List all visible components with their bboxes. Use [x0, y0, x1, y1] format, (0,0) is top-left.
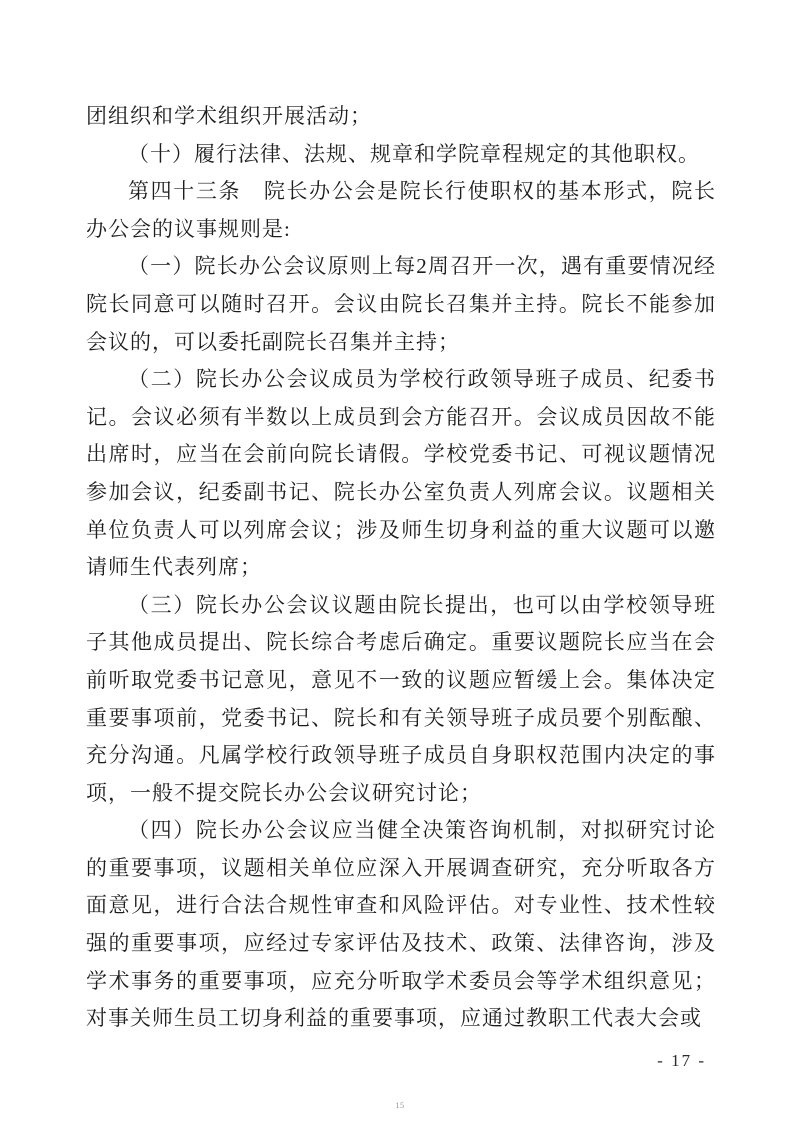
para-rule-2: （二）院长办公会议成员为学校行政领导班子成员、纪委书记。会议必须有半数以上成员到…	[86, 361, 716, 587]
footer-tiny-mark: 15	[0, 1101, 800, 1110]
page-number: - 17 -	[657, 1051, 706, 1071]
document-page: 团组织和学术组织开展活动； （十）履行法律、法规、规章和学院章程规定的其他职权。…	[0, 0, 800, 1131]
para-item-10: （十）履行法律、法规、规章和学院章程规定的其他职权。	[86, 136, 716, 174]
para-rule-4: （四）院长办公会议应当健全决策咨询机制，对拟研究讨论的重要事项，议题相关单位应深…	[86, 812, 716, 1038]
para-article-43: 第四十三条 院长办公会是院长行使职权的基本形式，院长办公会的议事规则是:	[86, 173, 716, 248]
para-rule-1: （一）院长办公会议原则上每2周召开一次，遇有重要情况经院长同意可以随时召开。会议…	[86, 248, 716, 361]
para-continuation: 团组织和学术组织开展活动；	[86, 98, 716, 136]
para-rule-3: （三）院长办公会议议题由院长提出，也可以由学校领导班子其他成员提出、院长综合考虑…	[86, 587, 716, 813]
document-body: 团组织和学术组织开展活动； （十）履行法律、法规、规章和学院章程规定的其他职权。…	[86, 98, 716, 1038]
